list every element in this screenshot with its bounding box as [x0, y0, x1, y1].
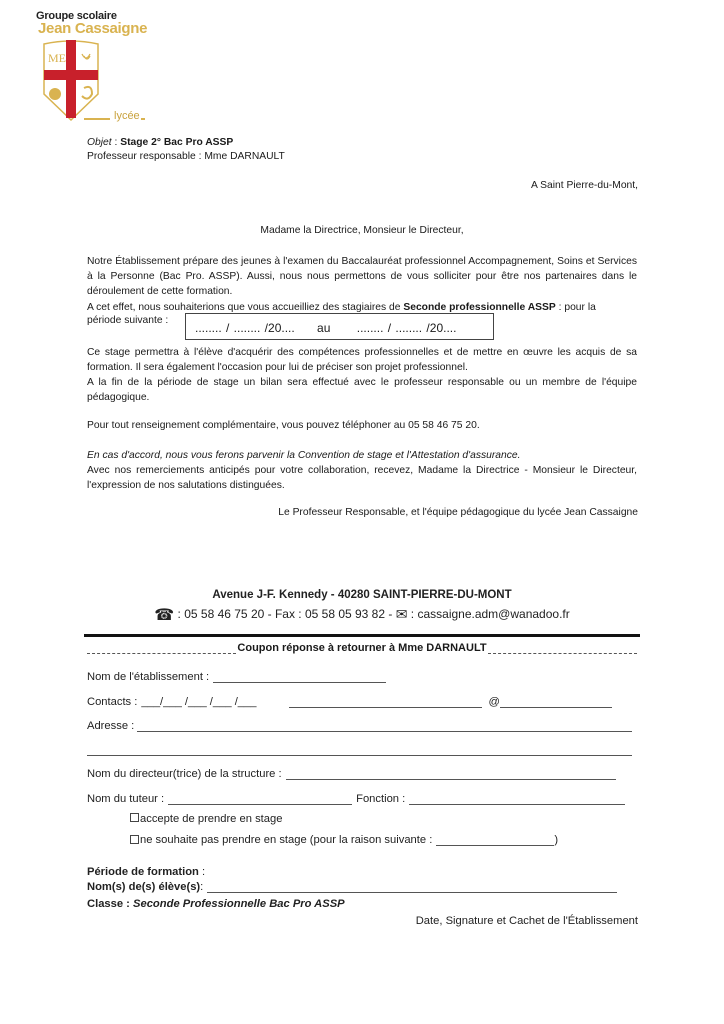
contact-name-field[interactable]: [289, 696, 482, 708]
coupon-title: Coupon réponse à retourner à Mme DARNAUL…: [236, 642, 487, 654]
request-text-end: : pour la: [556, 302, 596, 313]
class-label: Classe :: [87, 898, 133, 910]
coupon-header: Coupon réponse à retourner à Mme DARNAUL…: [87, 642, 637, 654]
students-field[interactable]: [207, 881, 617, 893]
dashed-line: [488, 647, 637, 654]
school-crest-icon: ME: [38, 38, 104, 122]
object-label: Objet: [87, 137, 112, 148]
option-decline-label: ne souhaite pas prendre en stage (pour l…: [140, 834, 432, 846]
paragraph-contact: Pour tout renseignement complémentaire, …: [87, 418, 637, 433]
checkbox-accept[interactable]: [130, 813, 139, 822]
paragraph-agreement: En cas d'accord, nous vous ferons parven…: [87, 448, 637, 463]
director-label: Nom du directeur(trice) de la structure …: [87, 768, 282, 780]
logo-sublabel: lycée: [114, 110, 140, 122]
contacts-label: Contacts :: [87, 696, 137, 708]
paragraph-assessment: A la fin de la période de stage un bilan…: [87, 375, 637, 405]
address-label: Adresse :: [87, 720, 134, 732]
logo-school-name: Jean Cassaigne: [38, 20, 147, 37]
paragraph-intro: Notre Établissement prépare des jeunes à…: [87, 254, 637, 299]
director-row: Nom du directeur(trice) de la structure …: [87, 768, 616, 780]
function-label: Fonction :: [356, 793, 405, 805]
period-to: ........ / ........ /20....: [357, 321, 457, 335]
period-separator: au: [317, 321, 330, 335]
salutation: Madame la Directrice, Monsieur le Direct…: [0, 225, 724, 236]
checkbox-decline[interactable]: [130, 835, 139, 844]
stamp-label: Date, Signature et Cachet de l'Établisse…: [416, 915, 638, 927]
letter-signature: Le Professeur Responsable, et l'équipe p…: [278, 507, 638, 518]
address-field-line2[interactable]: [87, 755, 632, 756]
phone-field[interactable]: ___/___ /___ /___ /___: [141, 696, 256, 708]
option-accept[interactable]: accepte de prendre en stage: [130, 813, 282, 825]
establishment-label: Nom de l'établissement :: [87, 671, 209, 683]
period-dates: ........ / ........ /20.... au ........ …: [195, 321, 456, 335]
email-field[interactable]: [500, 696, 612, 708]
object-line: Objet : Stage 2° Bac Pro ASSP: [87, 137, 233, 148]
at-sign: @: [488, 696, 499, 708]
logo-divider: [84, 118, 110, 120]
tutor-row: Nom du tuteur : Fonction :: [87, 793, 625, 805]
option-accept-label: accepte de prendre en stage: [140, 813, 282, 825]
director-field[interactable]: [286, 768, 616, 780]
dashed-line: [87, 647, 236, 654]
request-class: Seconde professionnelle ASSP: [403, 302, 555, 313]
contacts-row: Contacts : ___/___ /___ /___ /___ @: [87, 696, 612, 708]
period-formation-row: Période de formation :: [87, 866, 205, 878]
period-formation-label: Période de formation: [87, 866, 199, 878]
tutor-label: Nom du tuteur :: [87, 793, 164, 805]
students-label: Nom(s) de(s) élève(s): [87, 881, 200, 893]
class-value: Seconde Professionnelle Bac Pro ASSP: [133, 898, 345, 910]
function-field[interactable]: [409, 793, 625, 805]
period-label: période suivante :: [87, 315, 168, 326]
students-colon: :: [200, 881, 203, 893]
envelope-icon: ✉: [396, 606, 408, 622]
period-formation-colon: :: [199, 866, 205, 878]
paragraph-closing: Avec nos remerciements anticipés pour vo…: [87, 463, 637, 493]
footer-phone: : 05 58 46 75 20 - Fax : 05 58 05 93 82 …: [178, 607, 393, 621]
place-line: A Saint Pierre-du-Mont,: [531, 180, 638, 191]
address-field[interactable]: [137, 720, 632, 732]
object-value: Stage 2° Bac Pro ASSP: [120, 137, 233, 148]
footer-address: Avenue J-F. Kennedy - 40280 SAINT-PIERRE…: [0, 589, 724, 601]
request-text: A cet effet, nous souhaiterions que vous…: [87, 302, 403, 313]
paragraph-objectives: Ce stage permettra à l'élève d'acquérir …: [87, 345, 637, 375]
footer-email[interactable]: : cassaigne.adm@wanadoo.fr: [411, 607, 570, 621]
svg-text:ME: ME: [48, 51, 66, 65]
establishment-row: Nom de l'établissement :: [87, 671, 386, 683]
period-from: ........ / ........ /20....: [195, 321, 295, 335]
tutor-field[interactable]: [168, 793, 352, 805]
footer-contact: ☎ : 05 58 46 75 20 - Fax : 05 58 05 93 8…: [0, 605, 724, 625]
option-decline[interactable]: ne souhaite pas prendre en stage (pour l…: [130, 834, 558, 846]
section-divider: [84, 634, 640, 637]
logo-divider-end: [141, 118, 145, 120]
class-row: Classe : Seconde Professionnelle Bac Pro…: [87, 898, 345, 910]
establishment-field[interactable]: [213, 671, 386, 683]
students-row: Nom(s) de(s) élève(s) :: [87, 881, 617, 893]
decline-reason-field[interactable]: [436, 834, 554, 846]
address-row: Adresse :: [87, 720, 632, 732]
professor-line: Professeur responsable : Mme DARNAULT: [87, 151, 285, 162]
option-decline-suffix: ): [554, 834, 558, 846]
telephone-icon: ☎: [154, 607, 174, 624]
